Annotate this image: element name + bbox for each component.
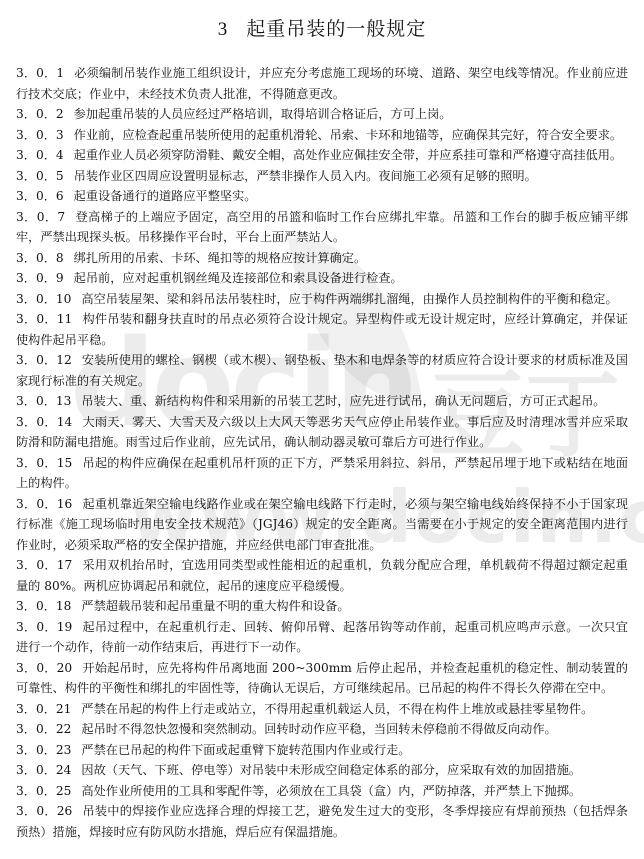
clause-item: 3．0．15吊起的构件应确保在起重机吊杆顶的正下方，严禁采用斜拉、斜吊，严禁起吊…	[16, 453, 628, 494]
clause-text: 因故（天气、下班、停电等）对吊装中未形成空间稳定体系的部分，应采取有效的加固措施…	[81, 763, 581, 777]
clause-text: 起吊过程中，在起重机行走、回转、俯仰吊臂、起落吊钩等动作前，起重司机应鸣声示意。…	[16, 620, 628, 655]
clause-item: 3．0．16起重机靠近架空输电线路作业或在架空输电线路下行走时，必须与架空输电线…	[16, 494, 628, 556]
clause-text: 吊装中的焊接作业应选择合理的焊接工艺，避免发生过大的变形，冬季焊接应有焊前预热（…	[16, 804, 628, 839]
clause-item: 3．0．24因故（天气、下班、停电等）对吊装中未形成空间稳定体系的部分，应采取有…	[16, 760, 628, 781]
clause-number: 3．0．26	[16, 804, 72, 818]
clause-text: 作业前，应检查起重吊装所使用的起重机滑轮、吊索、卡环和地锚等，应确保其完好，符合…	[74, 128, 622, 142]
clause-number: 3．0．7	[16, 210, 65, 224]
clause-text: 起吊前，应对起重机钢丝绳及连接部位和索具设备进行检查。	[74, 271, 403, 285]
clause-text: 参加起重吊装的人员应经过严格培训，取得培训合格证后，方可上岗。	[74, 107, 452, 121]
clause-item: 3．0．22起吊时不得忽快忽慢和突然制动。回转时动作应平稳，当回转未停稳前不得做…	[16, 719, 628, 740]
clause-number: 3．0．16	[16, 497, 72, 511]
clause-number: 3．0．6	[16, 189, 64, 203]
clause-item: 3．0．6起重设备通行的道路应平整坚实。	[16, 186, 628, 207]
clause-item: 3．0．19起吊过程中，在起重机行走、回转、俯仰吊臂、起落吊钩等动作前，起重司机…	[16, 617, 628, 658]
clause-item: 3．0．9起吊前，应对起重机钢丝绳及连接部位和索具设备进行检查。	[16, 268, 628, 289]
clause-item: 3．0．8绑扎所用的吊索、卡环、绳扣等的规格应按计算确定。	[16, 248, 628, 269]
clause-item: 3．0．11构件吊装和翻身扶直时的吊点必须符合设计规定。异型构件或无设计规定时，…	[16, 309, 628, 350]
clause-number: 3．0．18	[16, 599, 71, 613]
clause-number: 3．0．1	[16, 66, 64, 80]
clause-number: 3．0．17	[16, 558, 72, 572]
clause-number: 3．0．12	[16, 353, 72, 367]
clause-text: 吊起的构件应确保在起重机吊杆顶的正下方，严禁采用斜拉、斜吊，严禁起吊埋于地下或粘…	[16, 456, 628, 491]
clause-text: 必须编制吊装作业施工组织设计，并应充分考虑施工现场的环境、道路、架空电线等情况。…	[16, 66, 628, 101]
clause-text: 开始起吊时，应先将构件吊离地面 200~300mm 后停止起吊，并检查起重机的稳…	[16, 661, 628, 696]
clause-text: 严禁在已吊起的构件下面或起重臂下旋转范围内作业或行走。	[81, 743, 410, 757]
clause-text: 构件吊装和翻身扶直时的吊点必须符合设计规定。异型构件或无设计规定时，应经计算确定…	[16, 312, 628, 347]
clause-text: 高处作业所使用的工具和零配件等，必须放在工具袋（盒）内，严防掉落，并严禁上下抛掷…	[81, 784, 581, 798]
clause-item: 3．0．23严禁在已吊起的构件下面或起重臂下旋转范围内作业或行走。	[16, 740, 628, 761]
clause-item: 3．0．7登高梯子的上端应予固定，高空用的吊篮和临时工作台应绑扎牢靠。吊篮和工作…	[16, 207, 628, 248]
clause-item: 3．0．21严禁在吊起的构件上行走或站立，不得用起重机载运人员，不得在构件上堆放…	[16, 699, 628, 720]
clause-text: 起重机靠近架空输电线路作业或在架空输电线路下行走时，必须与架空输电线始终保持不小…	[16, 497, 628, 552]
clause-number: 3．0．13	[16, 394, 71, 408]
clause-text: 起重设备通行的道路应平整坚实。	[74, 189, 257, 203]
section-number: 3	[218, 19, 229, 40]
clause-item: 3．0．25高处作业所使用的工具和零配件等，必须放在工具袋（盒）内，严防掉落，并…	[16, 781, 628, 802]
clause-number: 3．0．10	[16, 292, 71, 306]
clause-number: 3．0．14	[16, 415, 72, 429]
clause-text: 高空吊装屋架、梁和斜吊法吊装柱时，应于构件两端绑扎溜绳，由操作人员控制构件的平衡…	[81, 292, 617, 306]
clause-item: 3．0．3作业前，应检查起重吊装所使用的起重机滑轮、吊索、卡环和地锚等，应确保其…	[16, 125, 628, 146]
clause-number: 3．0．25	[16, 784, 71, 798]
clause-number: 3．0．9	[16, 271, 64, 285]
clause-text: 采用双机抬吊时，宜选用同类型或性能相近的起重机，负载分配应合理，单机载荷不得超过…	[16, 558, 628, 593]
clause-text: 安装所使用的螺栓、钢楔（或木楔）、钢垫板、垫木和电焊条等的材质应符合设计要求的材…	[16, 353, 628, 388]
clause-number: 3．0．19	[16, 620, 72, 634]
clause-text: 绑扎所用的吊索、卡环、绳扣等的规格应按计算确定。	[74, 251, 367, 265]
clause-item: 3．0．17采用双机抬吊时，宜选用同类型或性能相近的起重机，负载分配应合理，单机…	[16, 555, 628, 596]
clause-number: 3．0．20	[16, 661, 72, 675]
clause-item: 3．0．1必须编制吊装作业施工组织设计，并应充分考虑施工现场的环境、道路、架空电…	[16, 63, 628, 104]
clause-item: 3．0．18严禁超载吊装和起吊重量不明的重大构件和设备。	[16, 596, 628, 617]
section-heading: 3起重吊装的一般规定	[0, 14, 644, 41]
clause-number: 3．0．22	[16, 722, 71, 736]
clause-text: 大雨天、雾天、大雪天及六级以上大风天等恶劣天气应停止吊装作业。事后应及时清理冰雪…	[16, 415, 628, 450]
clause-item: 3．0．26吊装中的焊接作业应选择合理的焊接工艺，避免发生过大的变形，冬季焊接应…	[16, 801, 628, 842]
clause-number: 3．0．2	[16, 107, 64, 121]
clause-number: 3．0．15	[16, 456, 72, 470]
clause-text: 严禁在吊起的构件上行走或站立，不得用起重机载运人员，不得在构件上堆放或悬挂零星物…	[81, 702, 593, 716]
clause-item: 3．0．4起重作业人员必须穿防滑鞋、戴安全帽，高处作业应佩挂安全带，并应系挂可靠…	[16, 145, 628, 166]
clause-number: 3．0．5	[16, 169, 64, 183]
clause-text: 吊装大、重、新结构构件和采用新的吊装工艺时，应先进行试吊，确认无问题后，方可正式…	[81, 394, 605, 408]
clause-number: 3．0．21	[16, 702, 71, 716]
section-title: 起重吊装的一般规定	[246, 18, 426, 40]
clause-number: 3．0．8	[16, 251, 64, 265]
clause-text: 吊装作业区四周应设置明显标志，严禁非操作人员入内。夜间施工必须有足够的照明。	[74, 169, 537, 183]
clause-number: 3．0．23	[16, 743, 71, 757]
clause-item: 3．0．10高空吊装屋架、梁和斜吊法吊装柱时，应于构件两端绑扎溜绳，由操作人员控…	[16, 289, 628, 310]
clause-text: 严禁超载吊装和起吊重量不明的重大构件和设备。	[81, 599, 349, 613]
clause-item: 3．0．5吊装作业区四周应设置明显标志，严禁非操作人员入内。夜间施工必须有足够的…	[16, 166, 628, 187]
clause-text: 起重作业人员必须穿防滑鞋、戴安全帽，高处作业应佩挂安全带，并应系挂可靠和严格遵守…	[74, 148, 622, 162]
clause-number: 3．0．3	[16, 128, 64, 142]
clause-item: 3．0．13吊装大、重、新结构构件和采用新的吊装工艺时，应先进行试吊，确认无问题…	[16, 391, 628, 412]
clause-text: 起吊时不得忽快忽慢和突然制动。回转时动作应平稳，当回转未停稳前不得做反向动作。	[81, 722, 556, 736]
clause-item: 3．0．12安装所使用的螺栓、钢楔（或木楔）、钢垫板、垫木和电焊条等的材质应符合…	[16, 350, 628, 391]
clause-number: 3．0．24	[16, 763, 71, 777]
clause-number: 3．0．4	[16, 148, 64, 162]
clause-number: 3．0．11	[16, 312, 72, 326]
clause-text: 登高梯子的上端应予固定，高空用的吊篮和临时工作台应绑扎牢靠。吊篮和工作台的脚手板…	[16, 210, 628, 245]
clause-item: 3．0．14大雨天、雾天、大雪天及六级以上大风天等恶劣天气应停止吊装作业。事后应…	[16, 412, 628, 453]
clause-item: 3．0．2参加起重吊装的人员应经过严格培训，取得培训合格证后，方可上岗。	[16, 104, 628, 125]
clause-list: 3．0．1必须编制吊装作业施工组织设计，并应充分考虑施工现场的环境、道路、架空电…	[16, 63, 628, 842]
clause-item: 3．0．20开始起吊时，应先将构件吊离地面 200~300mm 后停止起吊，并检…	[16, 658, 628, 699]
